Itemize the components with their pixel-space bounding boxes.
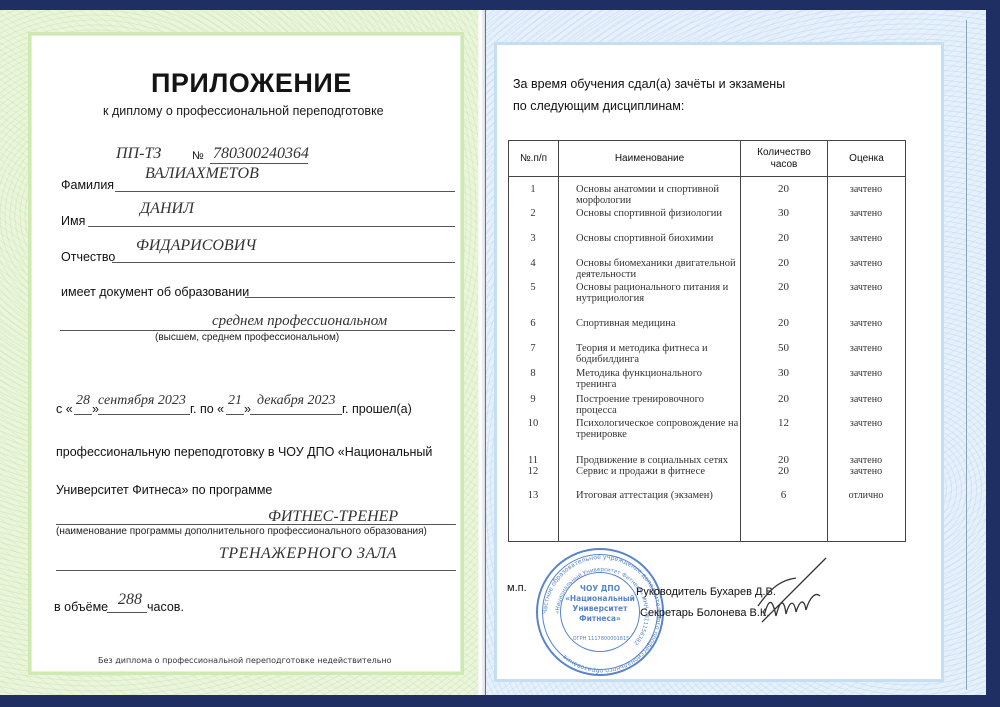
training-line-1: профессиональную переподготовку в ЧОУ ДП… xyxy=(56,445,432,459)
row-number: 11 xyxy=(508,455,558,466)
discipline-name: Основы биомеханики двигательной деятельн… xyxy=(558,258,740,280)
period-suffix: г. прошел(а) xyxy=(342,402,412,416)
left-page-frame xyxy=(28,32,464,675)
discipline-name: Основы спортивной биохимии xyxy=(558,233,740,244)
header-hours: Количество часов xyxy=(741,141,828,177)
discipline-hours: 30 xyxy=(740,208,827,219)
discipline-hours: 20 xyxy=(740,233,827,244)
education-doc-label: имеет документ об образовании xyxy=(61,285,249,299)
discipline-hours: 20 xyxy=(740,184,827,206)
discipline-hours: 20 xyxy=(740,466,827,477)
number-label: № xyxy=(192,150,204,162)
discipline-name: Сервис и продажи в фитнесе xyxy=(558,466,740,477)
discipline-grade: зачтено xyxy=(827,418,905,440)
discipline-hours: 30 xyxy=(740,368,827,390)
discipline-name: Психологическое сопровождение на трениро… xyxy=(558,418,740,440)
secretary-signature-line: Секретарь Болонева В.К. xyxy=(640,607,769,619)
patronymic-label: Отчество xyxy=(61,250,115,264)
seal-label: м.п. xyxy=(507,582,527,594)
header-number: №.п/п xyxy=(509,141,559,177)
table-row: 10Психологическое сопровождение на трени… xyxy=(508,418,905,440)
series-code: ПП-ТЗ xyxy=(116,145,161,163)
name-label: Имя xyxy=(61,214,85,228)
diploma-number: 780300240364 xyxy=(213,145,309,163)
discipline-hours: 20 xyxy=(740,318,827,329)
table-row: 13Итоговая аттестация (экзамен)6отлично xyxy=(508,490,905,501)
surname-label: Фамилия xyxy=(61,178,114,192)
discipline-grade: зачтено xyxy=(827,208,905,219)
discipline-name: Теория и методика фитнеса и бодибилдинга xyxy=(558,343,740,365)
stamp-ogrn: ОГРН 1117800001815 xyxy=(566,636,636,642)
discipline-name: Методика функционального тренинга xyxy=(558,368,740,390)
discipline-grade: зачтено xyxy=(827,394,905,416)
discipline-grade: зачтено xyxy=(827,368,905,390)
table-row: 2Основы спортивной физиологии30зачтено xyxy=(508,208,905,219)
discipline-hours: 50 xyxy=(740,343,827,365)
page-title: ПРИЛОЖЕНИЕ xyxy=(151,68,352,99)
discipline-name: Спортивная медицина xyxy=(558,318,740,329)
table-row: 8Методика функционального тренинга30зачт… xyxy=(508,368,905,390)
period-to-month-year: декабря 2023 xyxy=(257,393,336,409)
discipline-grade: отлично xyxy=(827,490,905,501)
stamp-center-text: ЧОУ ДПО «Национальный Университет Фитнес… xyxy=(560,584,640,624)
period-mid: г. по « xyxy=(190,402,224,416)
name-value: ДАНИЛ xyxy=(140,200,194,218)
table-row: 12Сервис и продажи в фитнесе20зачтено xyxy=(508,466,905,477)
discipline-hours: 20 xyxy=(740,258,827,280)
row-number: 12 xyxy=(508,466,558,477)
discipline-name: Основы рационального питания и нутрициол… xyxy=(558,282,740,304)
intro-line-2: по следующим дисциплинам: xyxy=(513,99,684,113)
table-row: 4Основы биомеханики двигательной деятель… xyxy=(508,258,905,280)
discipline-hours: 12 xyxy=(740,418,827,440)
handwritten-signature xyxy=(752,556,832,626)
patronymic-value: ФИДАРИСОВИЧ xyxy=(136,237,256,255)
intro-line-1: За время обучения сдал(а) зачёты и экзам… xyxy=(513,77,785,91)
table-row: 3Основы спортивной биохимии20зачтено xyxy=(508,233,905,244)
table-row: 7Теория и методика фитнеса и бодибилдинг… xyxy=(508,343,905,365)
discipline-grade: зачтено xyxy=(827,318,905,329)
table-header-row: №.п/п Наименование Количество часов Оцен… xyxy=(509,141,906,177)
discipline-hours: 20 xyxy=(740,282,827,304)
discipline-hours: 20 xyxy=(740,394,827,416)
discipline-grade: зачтено xyxy=(827,343,905,365)
period-from-month-year: сентября 2023 xyxy=(98,393,186,409)
volume-suffix: часов. xyxy=(147,600,184,614)
row-number: 9 xyxy=(508,394,558,416)
header-grade: Оценка xyxy=(828,141,906,177)
row-number: 4 xyxy=(508,258,558,280)
training-line-2: Университет Фитнеса» по программе xyxy=(56,483,272,497)
row-number: 5 xyxy=(508,282,558,304)
discipline-name: Итоговая аттестация (экзамен) xyxy=(558,490,740,501)
discipline-name: Основы анатомии и спортивной морфологии xyxy=(558,184,740,206)
footer-note: Без диплома о профессиональной переподго… xyxy=(98,656,392,665)
discipline-grade: зачтено xyxy=(827,282,905,304)
book-spine xyxy=(478,10,486,695)
header-name: Наименование xyxy=(559,141,741,177)
table-row: 6Спортивная медицина20зачтено xyxy=(508,318,905,329)
row-number: 2 xyxy=(508,208,558,219)
discipline-name: Построение тренировочного процесса xyxy=(558,394,740,416)
row-number: 6 xyxy=(508,318,558,329)
table-row: 11Продвижение в социальных сетях20зачтен… xyxy=(508,455,905,466)
discipline-grade: зачтено xyxy=(827,466,905,477)
row-number: 10 xyxy=(508,418,558,440)
discipline-hours: 6 xyxy=(740,490,827,501)
period-from-prefix: с « xyxy=(56,402,73,416)
education-level-value: среднем профессиональном xyxy=(212,313,387,330)
discipline-grade: зачтено xyxy=(827,233,905,244)
volume-hours: 288 xyxy=(118,591,142,609)
table-row: 1Основы анатомии и спортивной морфологии… xyxy=(508,184,905,206)
page-subtitle: к диплому о профессиональной переподгото… xyxy=(103,104,384,118)
education-level-hint: (высшем, среднем профессиональном) xyxy=(155,332,339,343)
discipline-name: Продвижение в социальных сетях xyxy=(558,455,740,466)
discipline-grade: зачтено xyxy=(827,455,905,466)
row-number: 13 xyxy=(508,490,558,501)
discipline-name: Основы спортивной физиологии xyxy=(558,208,740,219)
program-name-line-2: ТРЕНАЖЕРНОГО ЗАЛА xyxy=(219,545,397,563)
row-number: 7 xyxy=(508,343,558,365)
discipline-grade: зачтено xyxy=(827,258,905,280)
row-number: 3 xyxy=(508,233,558,244)
row-number: 8 xyxy=(508,368,558,390)
period-from-day: 28 xyxy=(76,393,90,409)
program-name-hint: (наименование программы дополнительного … xyxy=(56,526,427,537)
volume-prefix: в объёме xyxy=(54,600,108,614)
table-row: 5Основы рационального питания и нутрицио… xyxy=(508,282,905,304)
surname-value: ВАЛИАХМЕТОВ xyxy=(145,165,259,183)
discipline-grade: зачтено xyxy=(827,184,905,206)
row-number: 1 xyxy=(508,184,558,206)
period-to-day: 21 xyxy=(228,393,242,409)
table-row: 9Построение тренировочного процесса20зач… xyxy=(508,394,905,416)
